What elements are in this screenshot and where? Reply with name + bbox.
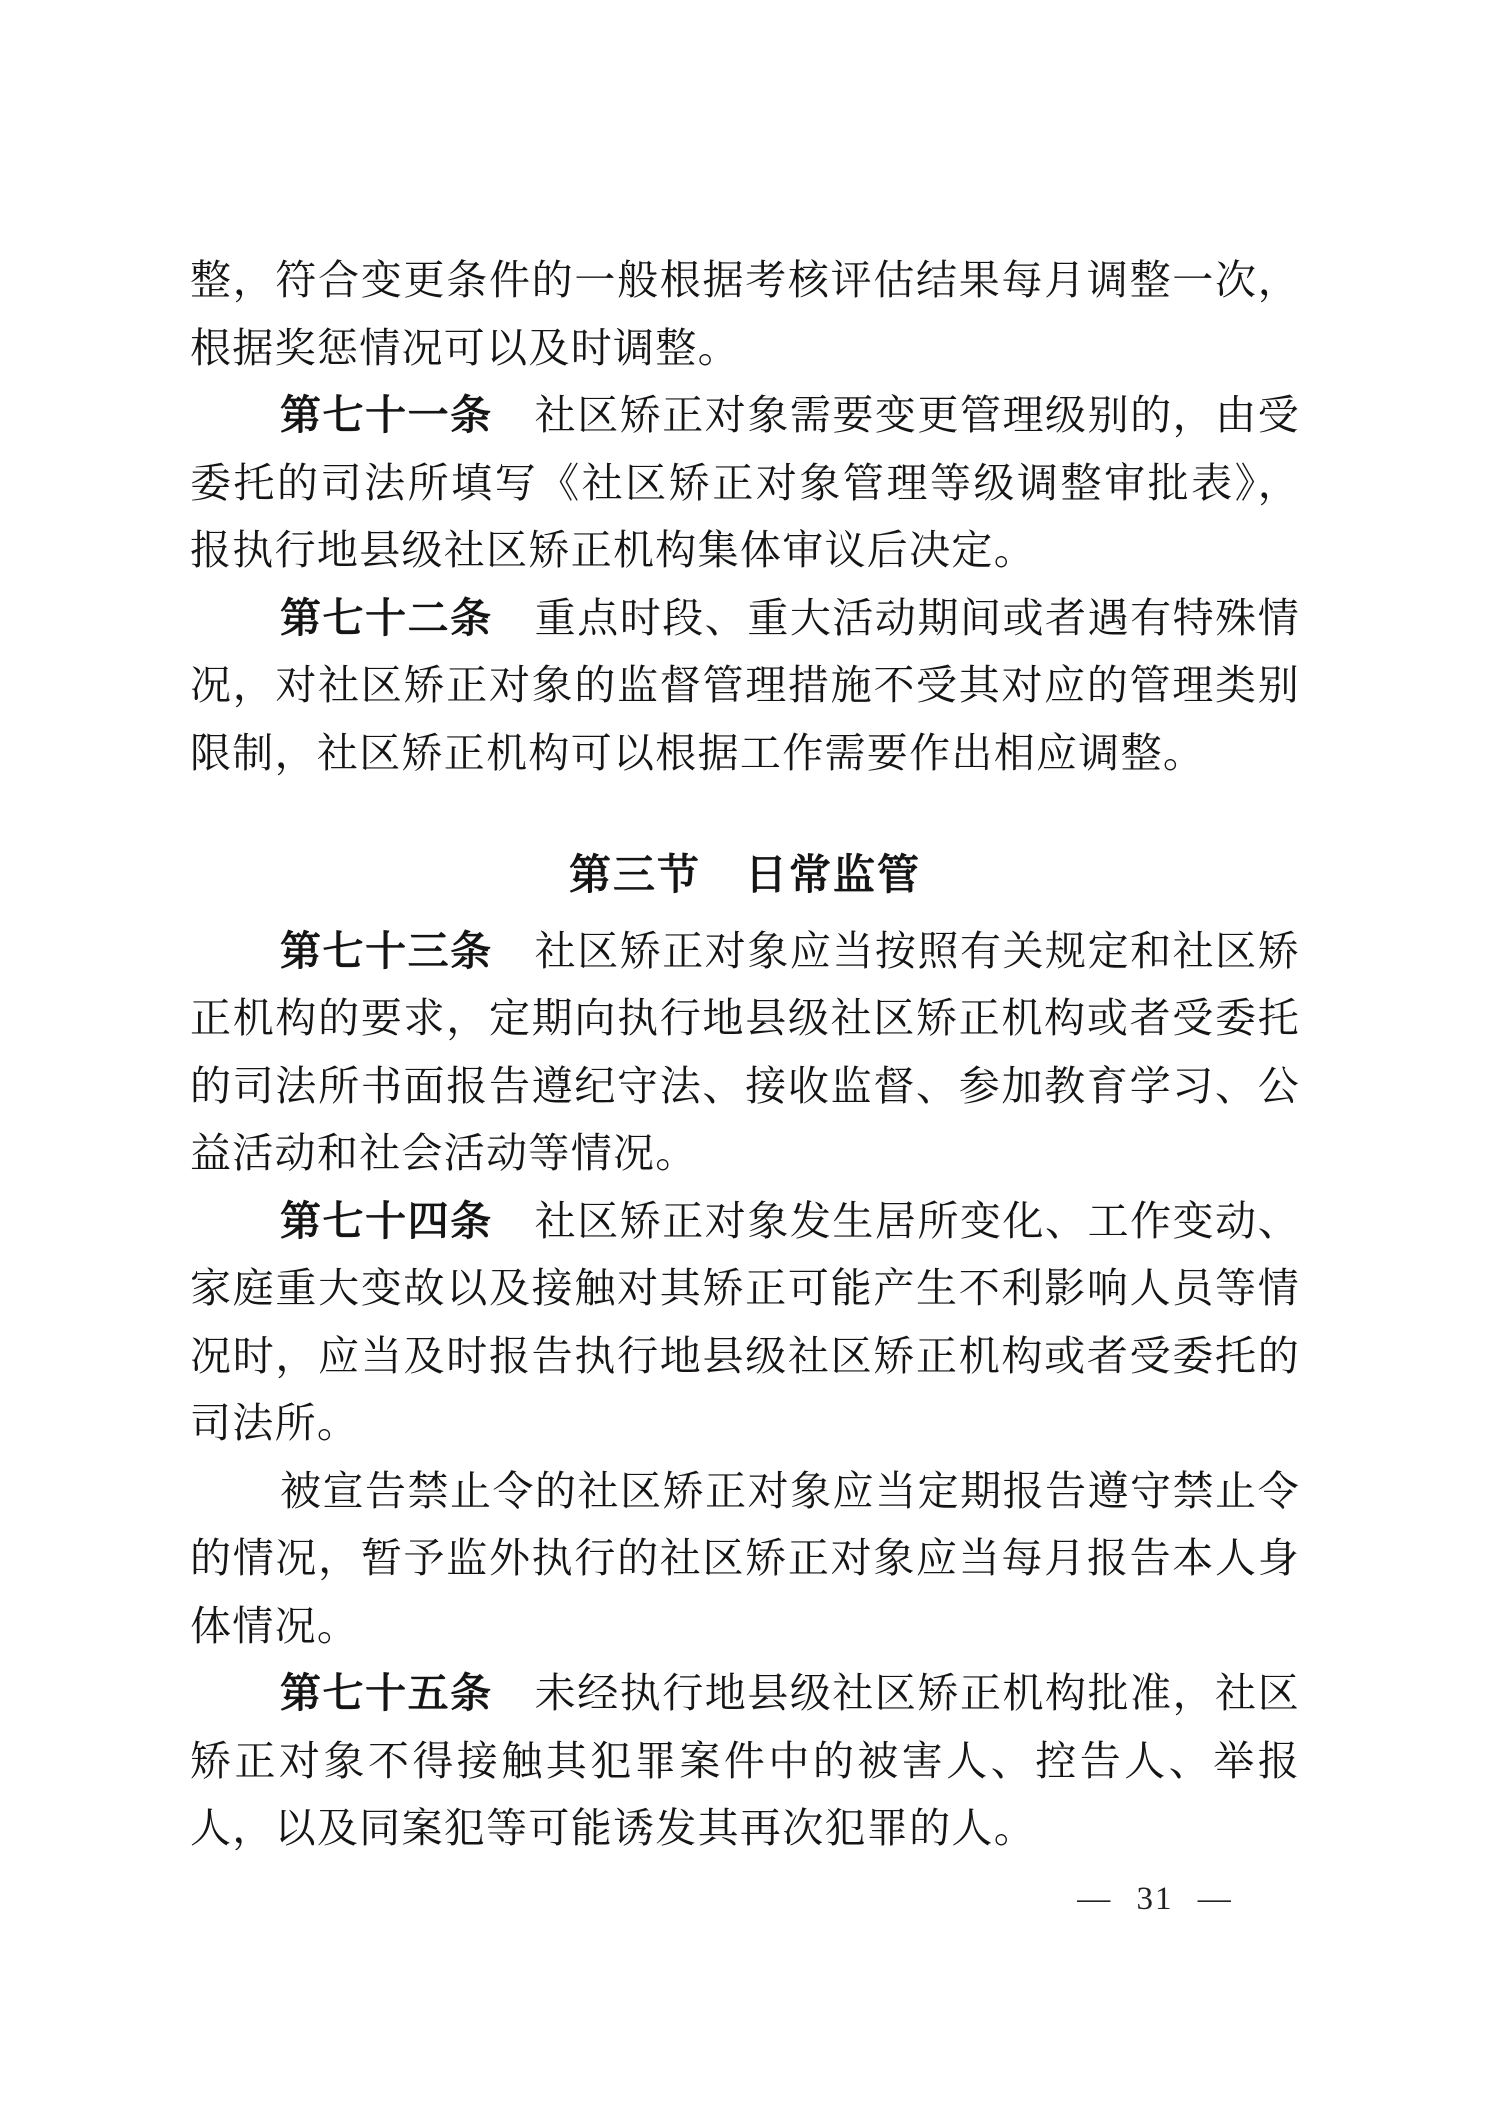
body-line: 人，以及同案犯等可能诱发其再次犯罪的人。 bbox=[190, 1795, 1300, 1863]
body-line: 家庭重大变故以及接触对其矫正可能产生不利影响人员等情 bbox=[190, 1255, 1300, 1323]
body-line: 的情况，暂予监外执行的社区矫正对象应当每月报告本人身 bbox=[190, 1525, 1300, 1593]
article-text: 社区矫正对象应当按照有关规定和社区矫 bbox=[535, 928, 1300, 974]
article-start-line: 第七十四条社区矫正对象发生居所变化、工作变动、 bbox=[190, 1188, 1300, 1256]
body-line: 正机构的要求，定期向执行地县级社区矫正机构或者受委托 bbox=[190, 985, 1300, 1053]
article-number: 第七十二条 bbox=[280, 595, 493, 641]
article-text: 重点时段、重大活动期间或者遇有特殊情 bbox=[535, 595, 1300, 641]
article-number: 第七十三条 bbox=[280, 928, 493, 974]
body-line: 司法所。 bbox=[190, 1390, 1300, 1458]
article-text: 社区矫正对象需要变更管理级别的，由受 bbox=[535, 392, 1300, 438]
body-line: 根据奖惩情况可以及时调整。 bbox=[190, 315, 1300, 383]
article-start-line: 第七十五条未经执行地县级社区矫正机构批准，社区 bbox=[190, 1660, 1300, 1728]
body-line: 体情况。 bbox=[190, 1593, 1300, 1661]
body-line: 报执行地县级社区矫正机构集体审议后决定。 bbox=[190, 517, 1300, 585]
section-heading: 第三节 日常监管 bbox=[190, 843, 1300, 911]
article-number: 第七十五条 bbox=[280, 1670, 493, 1716]
body-line: 况时，应当及时报告执行地县级社区矫正机构或者受委托的 bbox=[190, 1323, 1300, 1391]
article-start-line: 第七十二条重点时段、重大活动期间或者遇有特殊情 bbox=[190, 585, 1300, 653]
document-page: 整，符合变更条件的一般根据考核评估结果每月调整一次， 根据奖惩情况可以及时调整。… bbox=[0, 0, 1488, 2105]
body-line: 况，对社区矫正对象的监督管理措施不受其对应的管理类别 bbox=[190, 652, 1300, 720]
article-start-line: 第七十三条社区矫正对象应当按照有关规定和社区矫 bbox=[190, 918, 1300, 986]
article-start-line: 第七十一条社区矫正对象需要变更管理级别的，由受 bbox=[190, 382, 1300, 450]
article-number: 第七十一条 bbox=[280, 392, 493, 438]
body-line: 整，符合变更条件的一般根据考核评估结果每月调整一次， bbox=[190, 247, 1300, 315]
article-text: 未经执行地县级社区矫正机构批准，社区 bbox=[535, 1670, 1300, 1716]
body-line: 益活动和社会活动等情况。 bbox=[190, 1120, 1300, 1188]
body-line: 的司法所书面报告遵纪守法、接收监督、参加教育学习、公 bbox=[190, 1053, 1300, 1121]
body-line: 委托的司法所填写《社区矫正对象管理等级调整审批表》， bbox=[190, 450, 1300, 518]
body-line: 矫正对象不得接触其犯罪案件中的被害人、控告人、举报 bbox=[190, 1728, 1300, 1796]
paragraph-start-line: 被宣告禁止令的社区矫正对象应当定期报告遵守禁止令 bbox=[190, 1458, 1300, 1526]
article-number: 第七十四条 bbox=[280, 1198, 493, 1244]
document-body: 整，符合变更条件的一般根据考核评估结果每月调整一次， 根据奖惩情况可以及时调整。… bbox=[190, 247, 1300, 1863]
page-number: — 31 — bbox=[1050, 1881, 1260, 1918]
body-line: 限制，社区矫正机构可以根据工作需要作出相应调整。 bbox=[190, 720, 1300, 788]
article-text: 社区矫正对象发生居所变化、工作变动、 bbox=[535, 1198, 1300, 1244]
